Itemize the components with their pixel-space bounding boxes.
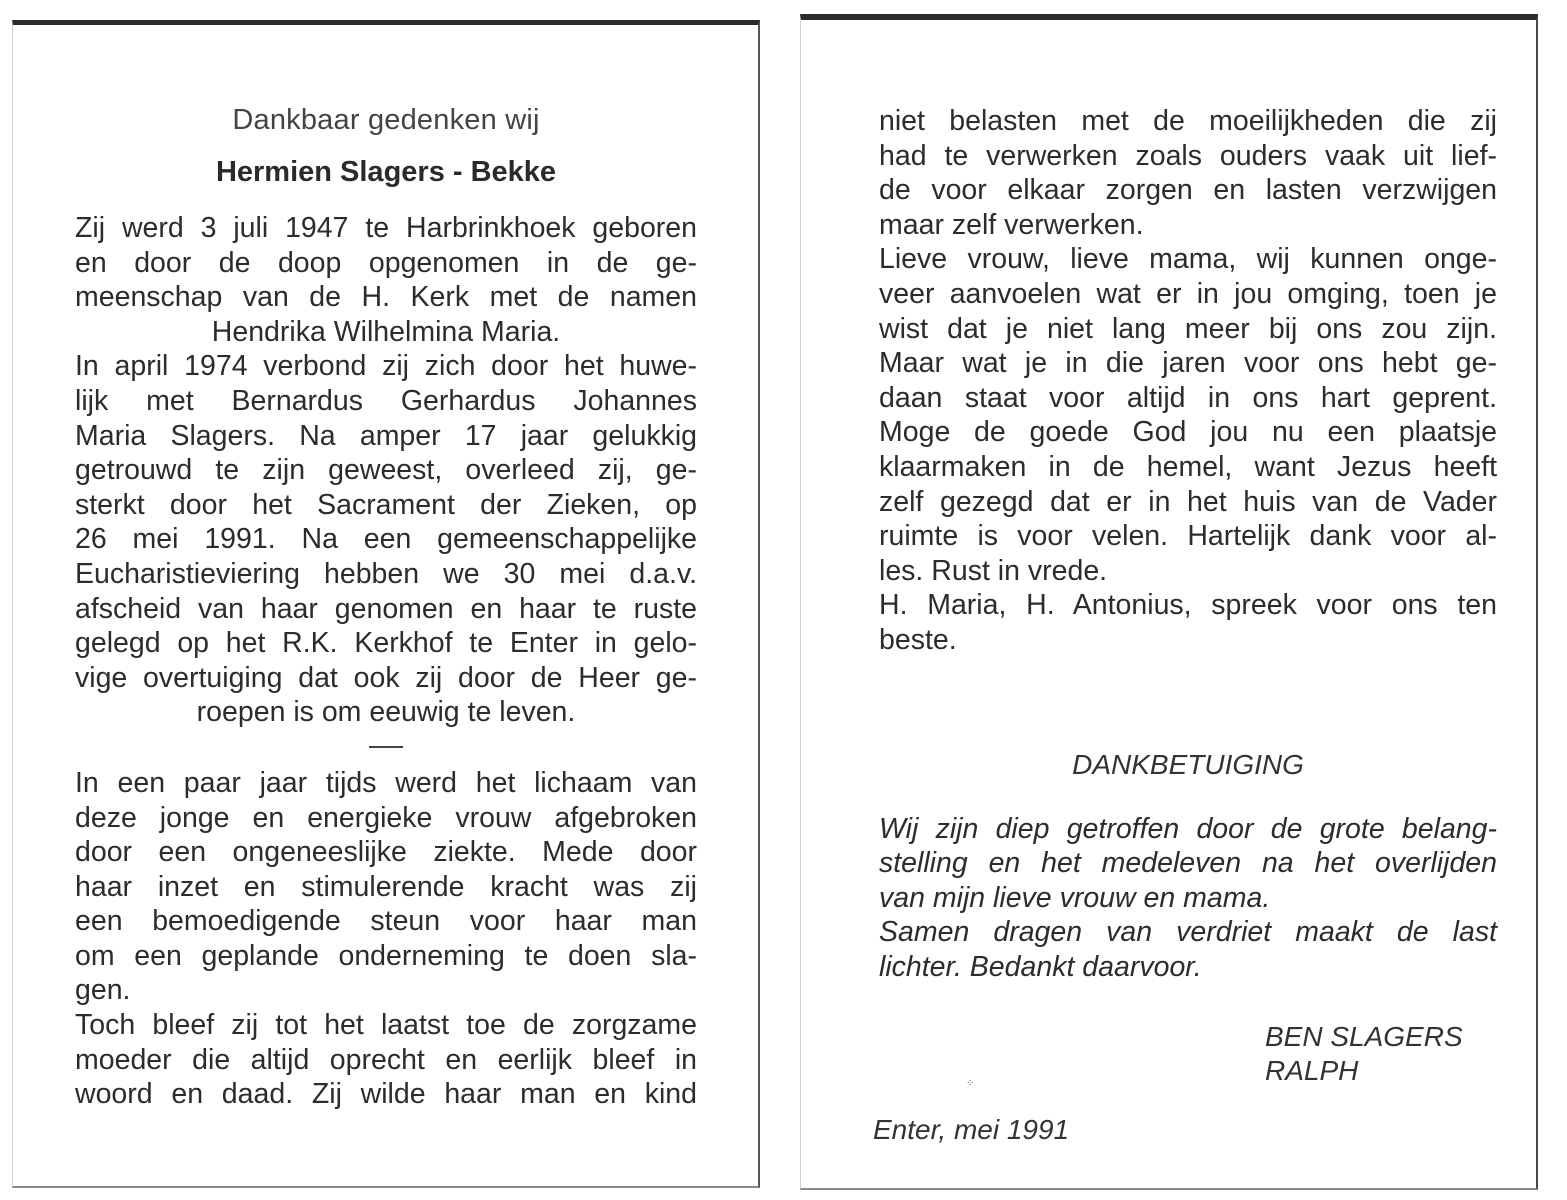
text-line: en door de doop opgenomen in de ge-: [75, 246, 697, 281]
text-line: veer aanvoelen wat er in jou omging, toe…: [879, 277, 1497, 312]
signatures: BEN SLAGERS RALPH: [1265, 1020, 1463, 1088]
thanks-heading: DANKBETUIGING: [879, 748, 1497, 782]
text-line: Hendrika Wilhelmina Maria.: [75, 315, 697, 350]
text-line: daan staat voor altijd in ons hart gepre…: [879, 381, 1497, 416]
text-line: gen.: [75, 973, 697, 1008]
text-line: moeder die altijd oprecht en eerlijk ble…: [75, 1043, 697, 1078]
text-line: afscheid van haar genomen en haar te rus…: [75, 592, 697, 627]
right-page-content: niet belasten met de moeilijkheden die z…: [879, 104, 1497, 984]
text-line: maar zelf verwerken.: [879, 208, 1497, 243]
text-line: H. Maria, H. Antonius, spreek voor ons t…: [879, 588, 1497, 623]
prayer-paragraph: H. Maria, H. Antonius, spreek voor ons t…: [879, 588, 1497, 657]
marriage-death-paragraph: In april 1974 verbond zij zich door het …: [75, 349, 697, 730]
text-line: roepen is om eeuwig te leven.: [75, 695, 697, 730]
mother-paragraph: Toch bleef zij tot het laatst toe de zor…: [75, 1008, 697, 1112]
text-line: 26 mei 1991. Na een gemeenschappelijke: [75, 522, 697, 557]
signature-name: BEN SLAGERS: [1265, 1020, 1463, 1054]
text-line: Moge de goede God jou nu een plaatsje: [879, 415, 1497, 450]
spacer: [879, 658, 1497, 748]
intro-text: Dankbaar gedenken wij: [75, 103, 697, 137]
text-line: gelegd op het R.K. Kerkhof te Enter in g…: [75, 626, 697, 661]
text-line: getrouwd te zijn geweest, overleed zij, …: [75, 453, 697, 488]
text-line: zelf gezegd dat er in het huis van de Va…: [879, 485, 1497, 520]
section-separator: [369, 746, 403, 748]
text-line: door een ongeneeslijke ziekte. Mede door: [75, 835, 697, 870]
text-line: wist dat je niet lang meer bij ons zou z…: [879, 312, 1497, 347]
text-line: meenschap van de H. Kerk met de namen: [75, 280, 697, 315]
card-page-left: Dankbaar gedenken wij Hermien Slagers - …: [12, 20, 760, 1188]
text-line: Samen dragen van verdriet maakt de last: [879, 915, 1497, 950]
thanks-paragraph: Wij zijn diep getroffen door de grote be…: [879, 812, 1497, 985]
text-line: beste.: [879, 623, 1497, 658]
text-line: Maar wat je in die jaren voor ons hebt g…: [879, 346, 1497, 381]
birth-paragraph: Zij werd 3 juli 1947 te Harbrinkhoek geb…: [75, 211, 697, 349]
text-line: ruimte is voor velen. Hartelijk dank voo…: [879, 519, 1497, 554]
place-date: Enter, mei 1991: [873, 1113, 1069, 1147]
text-line: Wij zijn diep getroffen door de grote be…: [879, 812, 1497, 847]
text-line: In een paar jaar tijds werd het lichaam …: [75, 766, 697, 801]
text-line: Eucharistieviering hebben we 30 mei d.a.…: [75, 557, 697, 592]
text-line: In april 1974 verbond zij zich door het …: [75, 349, 697, 384]
text-line: had te verwerken zoals ouders vaak uit l…: [879, 139, 1497, 174]
text-line: een bemoedigende steun voor haar man: [75, 904, 697, 939]
text-line: van mijn lieve vrouw en mama.: [879, 881, 1497, 916]
text-line: om een geplande onderneming te doen sla-: [75, 939, 697, 974]
text-line: lichter. Bedankt daarvoor.: [879, 950, 1497, 985]
deceased-name: Hermien Slagers - Bekke: [75, 155, 697, 189]
illness-paragraph: In een paar jaar tijds werd het lichaam …: [75, 766, 697, 1008]
text-line: Zij werd 3 juli 1947 te Harbrinkhoek geb…: [75, 211, 697, 246]
left-page-content: Dankbaar gedenken wij Hermien Slagers - …: [75, 103, 697, 1112]
card-page-right: niet belasten met de moeilijkheden die z…: [800, 14, 1538, 1190]
spacer: [879, 782, 1497, 812]
text-line: haar inzet en stimulerende kracht was zi…: [75, 870, 697, 905]
text-line: lijk met Bernardus Gerhardus Johannes: [75, 384, 697, 419]
text-line: les. Rust in vrede.: [879, 554, 1497, 589]
text-line: de voor elkaar zorgen en lasten verzwijg…: [879, 173, 1497, 208]
scan-speck-mark: ⁘: [966, 1080, 974, 1088]
text-line: Maria Slagers. Na amper 17 jaar gelukkig: [75, 419, 697, 454]
text-line: stelling en het medeleven na het overlij…: [879, 846, 1497, 881]
text-line: deze jonge en energieke vrouw afgebroken: [75, 801, 697, 836]
signature-name: RALPH: [1265, 1054, 1463, 1088]
farewell-paragraph: Lieve vrouw, lieve mama, wij kunnen onge…: [879, 242, 1497, 588]
text-line: woord en daad. Zij wilde haar man en kin…: [75, 1077, 697, 1112]
text-line: vige overtuiging dat ook zij door de Hee…: [75, 661, 697, 696]
text-line: Toch bleef zij tot het laatst toe de zor…: [75, 1008, 697, 1043]
continuation-paragraph: niet belasten met de moeilijkheden die z…: [879, 104, 1497, 242]
text-line: klaarmaken in de hemel, want Jezus heeft: [879, 450, 1497, 485]
text-line: niet belasten met de moeilijkheden die z…: [879, 104, 1497, 139]
text-line: sterkt door het Sacrament der Zieken, op: [75, 488, 697, 523]
text-line: Lieve vrouw, lieve mama, wij kunnen onge…: [879, 242, 1497, 277]
